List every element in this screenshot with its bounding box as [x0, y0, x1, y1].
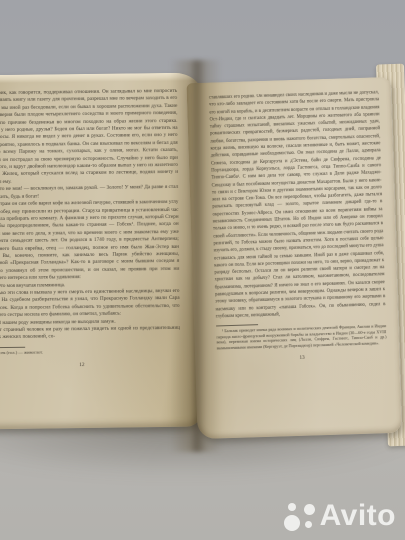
left-page: рым старик, как говорится, поддерживал о…: [0, 73, 206, 430]
avito-watermark: Avito: [284, 500, 396, 532]
avito-logo-icon: [284, 500, 317, 532]
right-page: ставлявших его родню. Он ненавидел своих…: [186, 77, 401, 439]
left-page-footnote: ¹ Гобсек (гол.) — живоглот.: [0, 348, 180, 357]
right-page-number: 13: [217, 352, 387, 365]
paragraph: Этот странный человек ни разу не пожелал…: [0, 325, 180, 342]
footnote-rule: [0, 347, 25, 349]
book-photo: рым старик, как говорится, поддерживал о…: [0, 0, 405, 540]
right-page-text: ставлявших его родню. Он ненавидел своих…: [209, 89, 387, 365]
paragraph: ставлявших его родню. Он ненавидел своих…: [209, 89, 386, 320]
paragraph: Только эти слова и вызвала у него смерть…: [0, 288, 180, 320]
avito-watermark-text: Avito: [320, 501, 396, 531]
left-page-text: рым старик, как говорится, поддерживал о…: [0, 88, 180, 371]
paragraph: По утрам он сам себе варил кофе на желез…: [0, 199, 179, 283]
left-page-number: 12: [0, 361, 180, 371]
paragraph: рым старик, как говорится, поддерживал о…: [0, 88, 178, 187]
footnote-rule: [216, 324, 258, 326]
right-page-footnote: ¹ Бальзак приводит имена ряда военных и …: [216, 323, 387, 350]
